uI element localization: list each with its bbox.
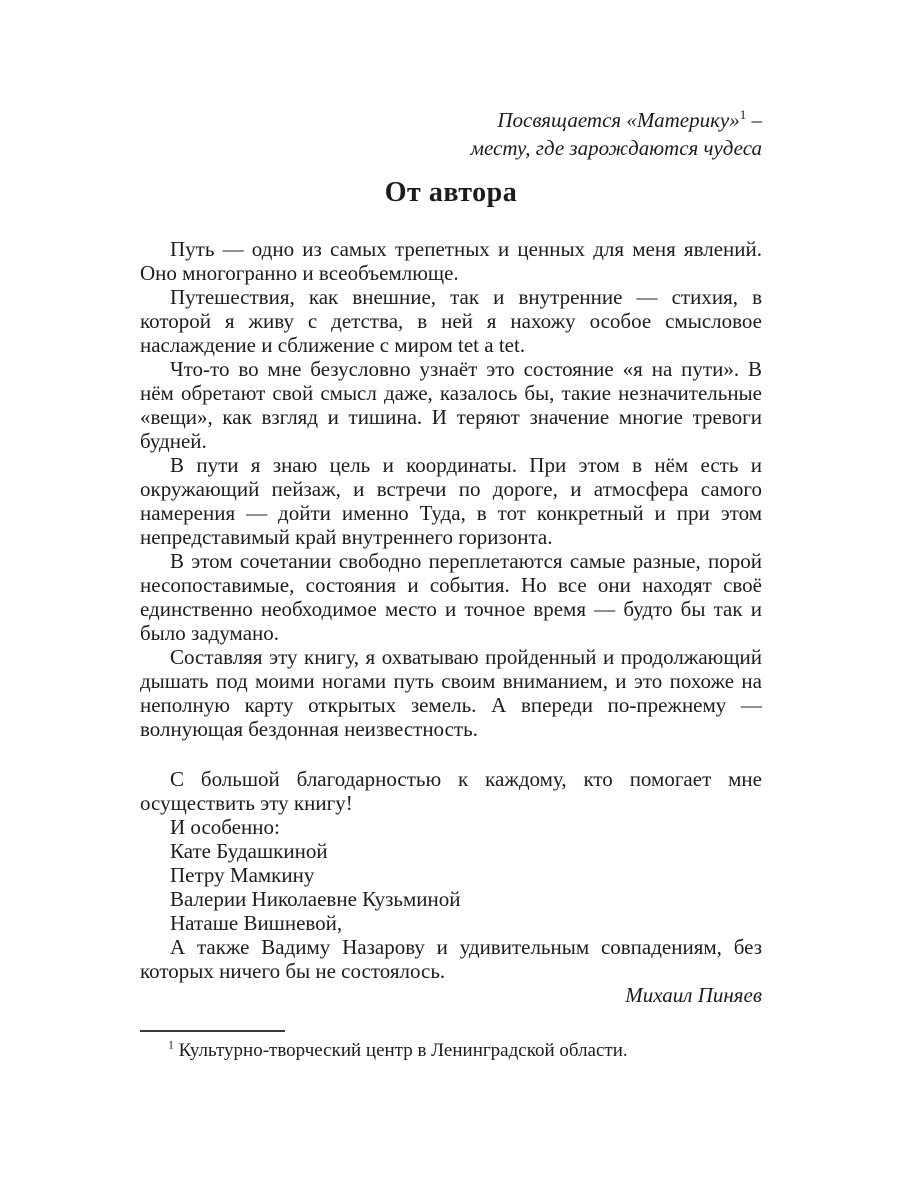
footnote-marker: 1 (168, 1039, 174, 1052)
page-title: От автора (140, 176, 762, 210)
body-paragraph: В этом сочетании свободно переплетаются … (140, 549, 762, 645)
page-content: Посвящается «Материку»1 – месту, где зар… (140, 106, 762, 1007)
dedication-text: Посвящается «Материку» (497, 108, 739, 132)
body-text: Путь — одно из самых трепетных и ценных … (140, 237, 762, 741)
acknowledgment-name: Валерии Николаевне Кузьминой (140, 887, 762, 911)
footnote-text: Культурно-творческий центр в Ленинградск… (179, 1040, 628, 1061)
acknowledgment-names: Кате БудашкинойПетру МамкинуВалерии Нико… (140, 839, 762, 935)
dedication: Посвящается «Материку»1 – месту, где зар… (140, 106, 762, 162)
body-paragraph: Путь — одно из самых трепетных и ценных … (140, 237, 762, 285)
acknowledgment-especially: И особенно: (140, 815, 762, 839)
footnote-block: 1 Культурно-творческий центр в Ленинград… (140, 1030, 762, 1062)
author-signature: Михаил Пиняев (140, 983, 762, 1007)
dedication-line-1: Посвящается «Материку»1 – (140, 106, 762, 134)
body-paragraph: Путешествия, как внешние, так и внутренн… (140, 285, 762, 357)
acknowledgments: С большой благодарностью к каждому, кто … (140, 767, 762, 983)
acknowledgment-also: А также Вадиму Назарову и удивительным с… (140, 935, 762, 983)
acknowledgment-name: Кате Будашкиной (140, 839, 762, 863)
book-page: Посвящается «Материку»1 – месту, где зар… (0, 0, 900, 1200)
body-paragraph: Что-то во мне безусловно узнаёт это сост… (140, 357, 762, 453)
body-paragraph: В пути я знаю цель и координаты. При это… (140, 453, 762, 549)
acknowledgment-name: Наташе Вишневой, (140, 911, 762, 935)
acknowledgment-name: Петру Мамкину (140, 863, 762, 887)
footnote-rule (140, 1030, 285, 1032)
dedication-dash: – (746, 108, 762, 132)
acknowledgment-intro: С большой благодарностью к каждому, кто … (140, 767, 762, 815)
footnote-line: 1 Культурно-творческий центр в Ленинград… (140, 1039, 762, 1062)
body-paragraph: Составляя эту книгу, я охватываю пройден… (140, 645, 762, 741)
dedication-line-2: месту, где зарождаются чудеса (140, 134, 762, 162)
